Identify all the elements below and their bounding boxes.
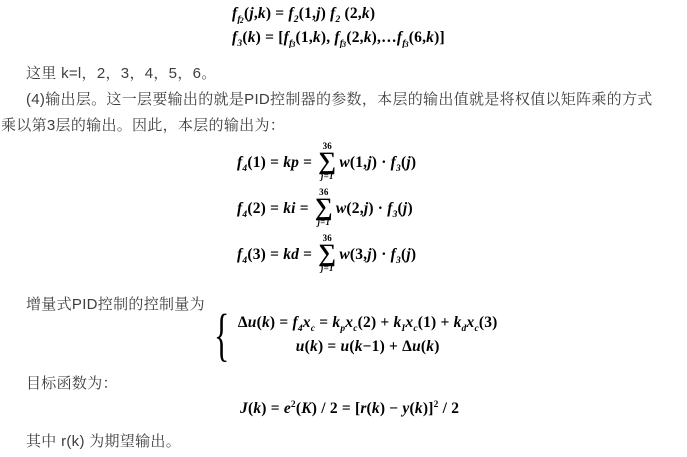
system-brace: { xyxy=(214,311,229,359)
formula-layer2-product: ff2(j,k) = f2(1,j) f2 (2,k) xyxy=(232,5,375,23)
text-objective-function-label: 目标函数为： xyxy=(26,372,118,393)
formula-kd-sum: f4(3) = kd = 36∑j=1w(3,j) · f3(j) xyxy=(237,236,416,275)
paragraph-output-layer-line1: (4)输出层。这一层要输出的就是PID控制器的参数，本层的输出值就是将权值以矩阵… xyxy=(26,88,653,109)
formula-u-update: u(k) = u(k−1) + Δu(k) xyxy=(238,335,498,359)
formula-delta-u: Δu(k) = f4xc = kpxc(2) + kIxc(1) + kdxc(… xyxy=(238,311,498,335)
text-expected-output-note: 其中 r(k) 为期望输出。 xyxy=(26,430,181,451)
text-incremental-pid: 增量式PID控制的控制量为 xyxy=(26,293,205,314)
document-page: ff2(j,k) = f2(1,j) f2 (2,k) f3(k) = [ff3… xyxy=(0,0,687,457)
paragraph-output-layer-line2: 乘以第3层的输出。因此，本层的输出为： xyxy=(1,114,285,135)
system-equations: Δu(k) = f4xc = kpxc(2) + kIxc(1) + kdxc(… xyxy=(238,311,498,359)
formula-objective-function: J(k) = e2(K) / 2 = [r(k) − y(k)]2 / 2 xyxy=(240,400,459,418)
formula-control-law-system: { Δu(k) = f4xc = kpxc(2) + kIxc(1) + kdx… xyxy=(214,311,498,359)
formula-layer3-vector: f3(k) = [ff3(1,k), ff3(2,k),…ff3(6,k)] xyxy=(232,29,445,47)
text-k-values: 这里 k=l，2，3，4，5，6。 xyxy=(26,62,217,83)
formula-kp-sum: f4(1) = kp = 36∑j=1w(1,j) · f3(j) xyxy=(237,144,416,183)
formula-ki-sum: f4(2) = ki = 36∑j=1w(2,j) · f3(j) xyxy=(237,190,413,229)
